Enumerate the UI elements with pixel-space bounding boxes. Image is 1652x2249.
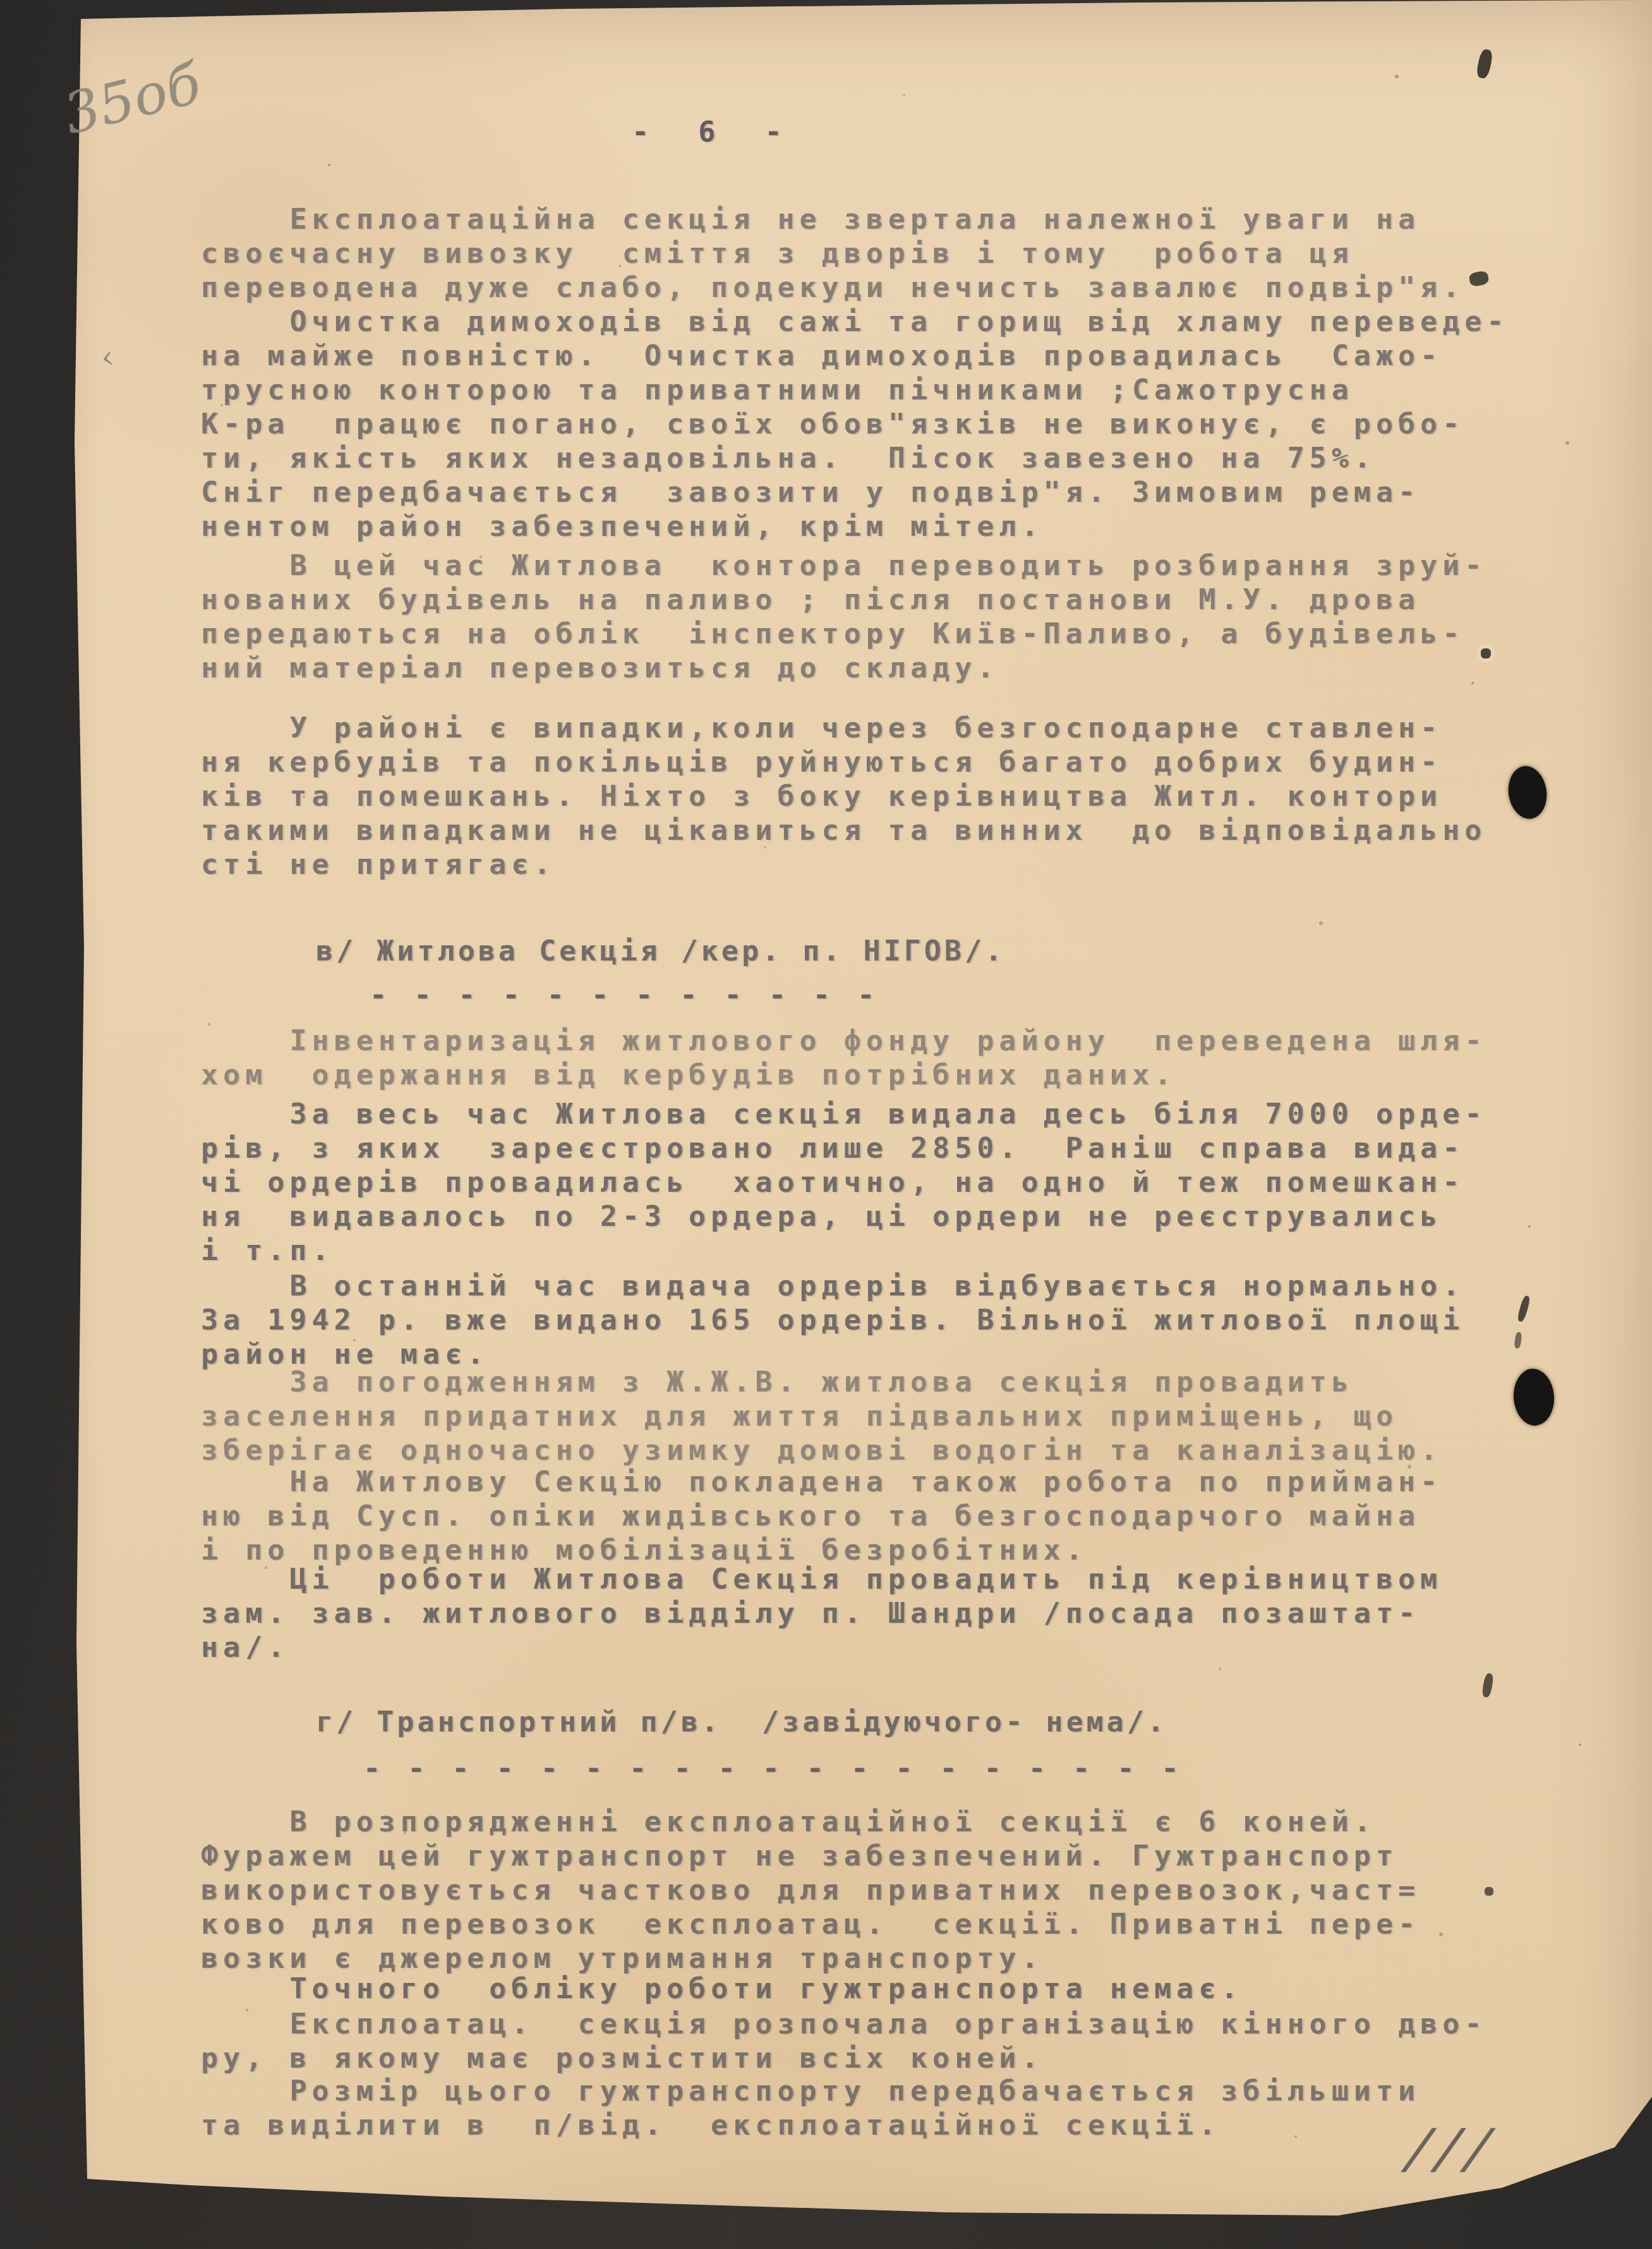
page-number: - 6 -	[632, 115, 884, 149]
paragraph-property-intake: На Житлову Секцію покладена також робота…	[201, 1465, 1565, 1567]
section-heading-transport: г/ Транспортний п/в. /завідуючого- нема/…	[316, 1705, 1453, 1739]
paragraph-horses: В розпорядженні експлоатаційної секції є…	[201, 1805, 1565, 1975]
edge-mark-3	[1481, 648, 1491, 658]
dashed-underline: - - - - - - - - - - - - - - - - - - -	[363, 1752, 1652, 1786]
paragraph-chimneys: Очистка димоходів від сажі та горищ від …	[201, 305, 1565, 543]
paragraph-no-records: Точного обліку роботи гужтранспорта нема…	[201, 1972, 1565, 2006]
paragraph-sanitation: Експлоатаційна секція не звертала належн…	[201, 202, 1565, 305]
paragraph-stable-yard: Експлоатац. секція розпочала організацію…	[201, 2007, 1565, 2075]
paragraph-expansion: Розмір цього гужтранспорту передбачаєтьс…	[201, 2074, 1565, 2142]
paragraph-neglect-cases: У районі є випадки,коли через безгоспода…	[201, 711, 1565, 882]
paragraph-section-lead: Ці роботи Житлова Секція провадить під к…	[201, 1562, 1565, 1664]
edge-mark-7	[1485, 1887, 1493, 1896]
paper-speckles	[0, 0, 1, 1]
paragraph-housing-office: В цей час Житлова контора переводить роз…	[201, 549, 1565, 685]
paragraph-inventory: Інвентаризація житлового фонду району пе…	[201, 1024, 1565, 1092]
paragraph-basements: За погодженням з Ж.Ж.В. житлова секція п…	[201, 1365, 1565, 1467]
dashed-underline: - - - - - - - - - - - -	[370, 978, 1652, 1012]
handwritten-end-mark: ///	[1396, 2118, 1500, 2180]
section-heading-housing: в/ Житлова Секція /кер. п. НІГОВ/.	[316, 934, 1453, 968]
paragraph-orders-1942: В останній час видача ордерів відбуваєть…	[201, 1269, 1565, 1371]
paragraph-orders-issued: За весь час Житлова секція видала десь б…	[201, 1097, 1565, 1268]
scan-background: 35об - 6 - ‹ Експлоатаційна секція не зв…	[0, 0, 1652, 2249]
